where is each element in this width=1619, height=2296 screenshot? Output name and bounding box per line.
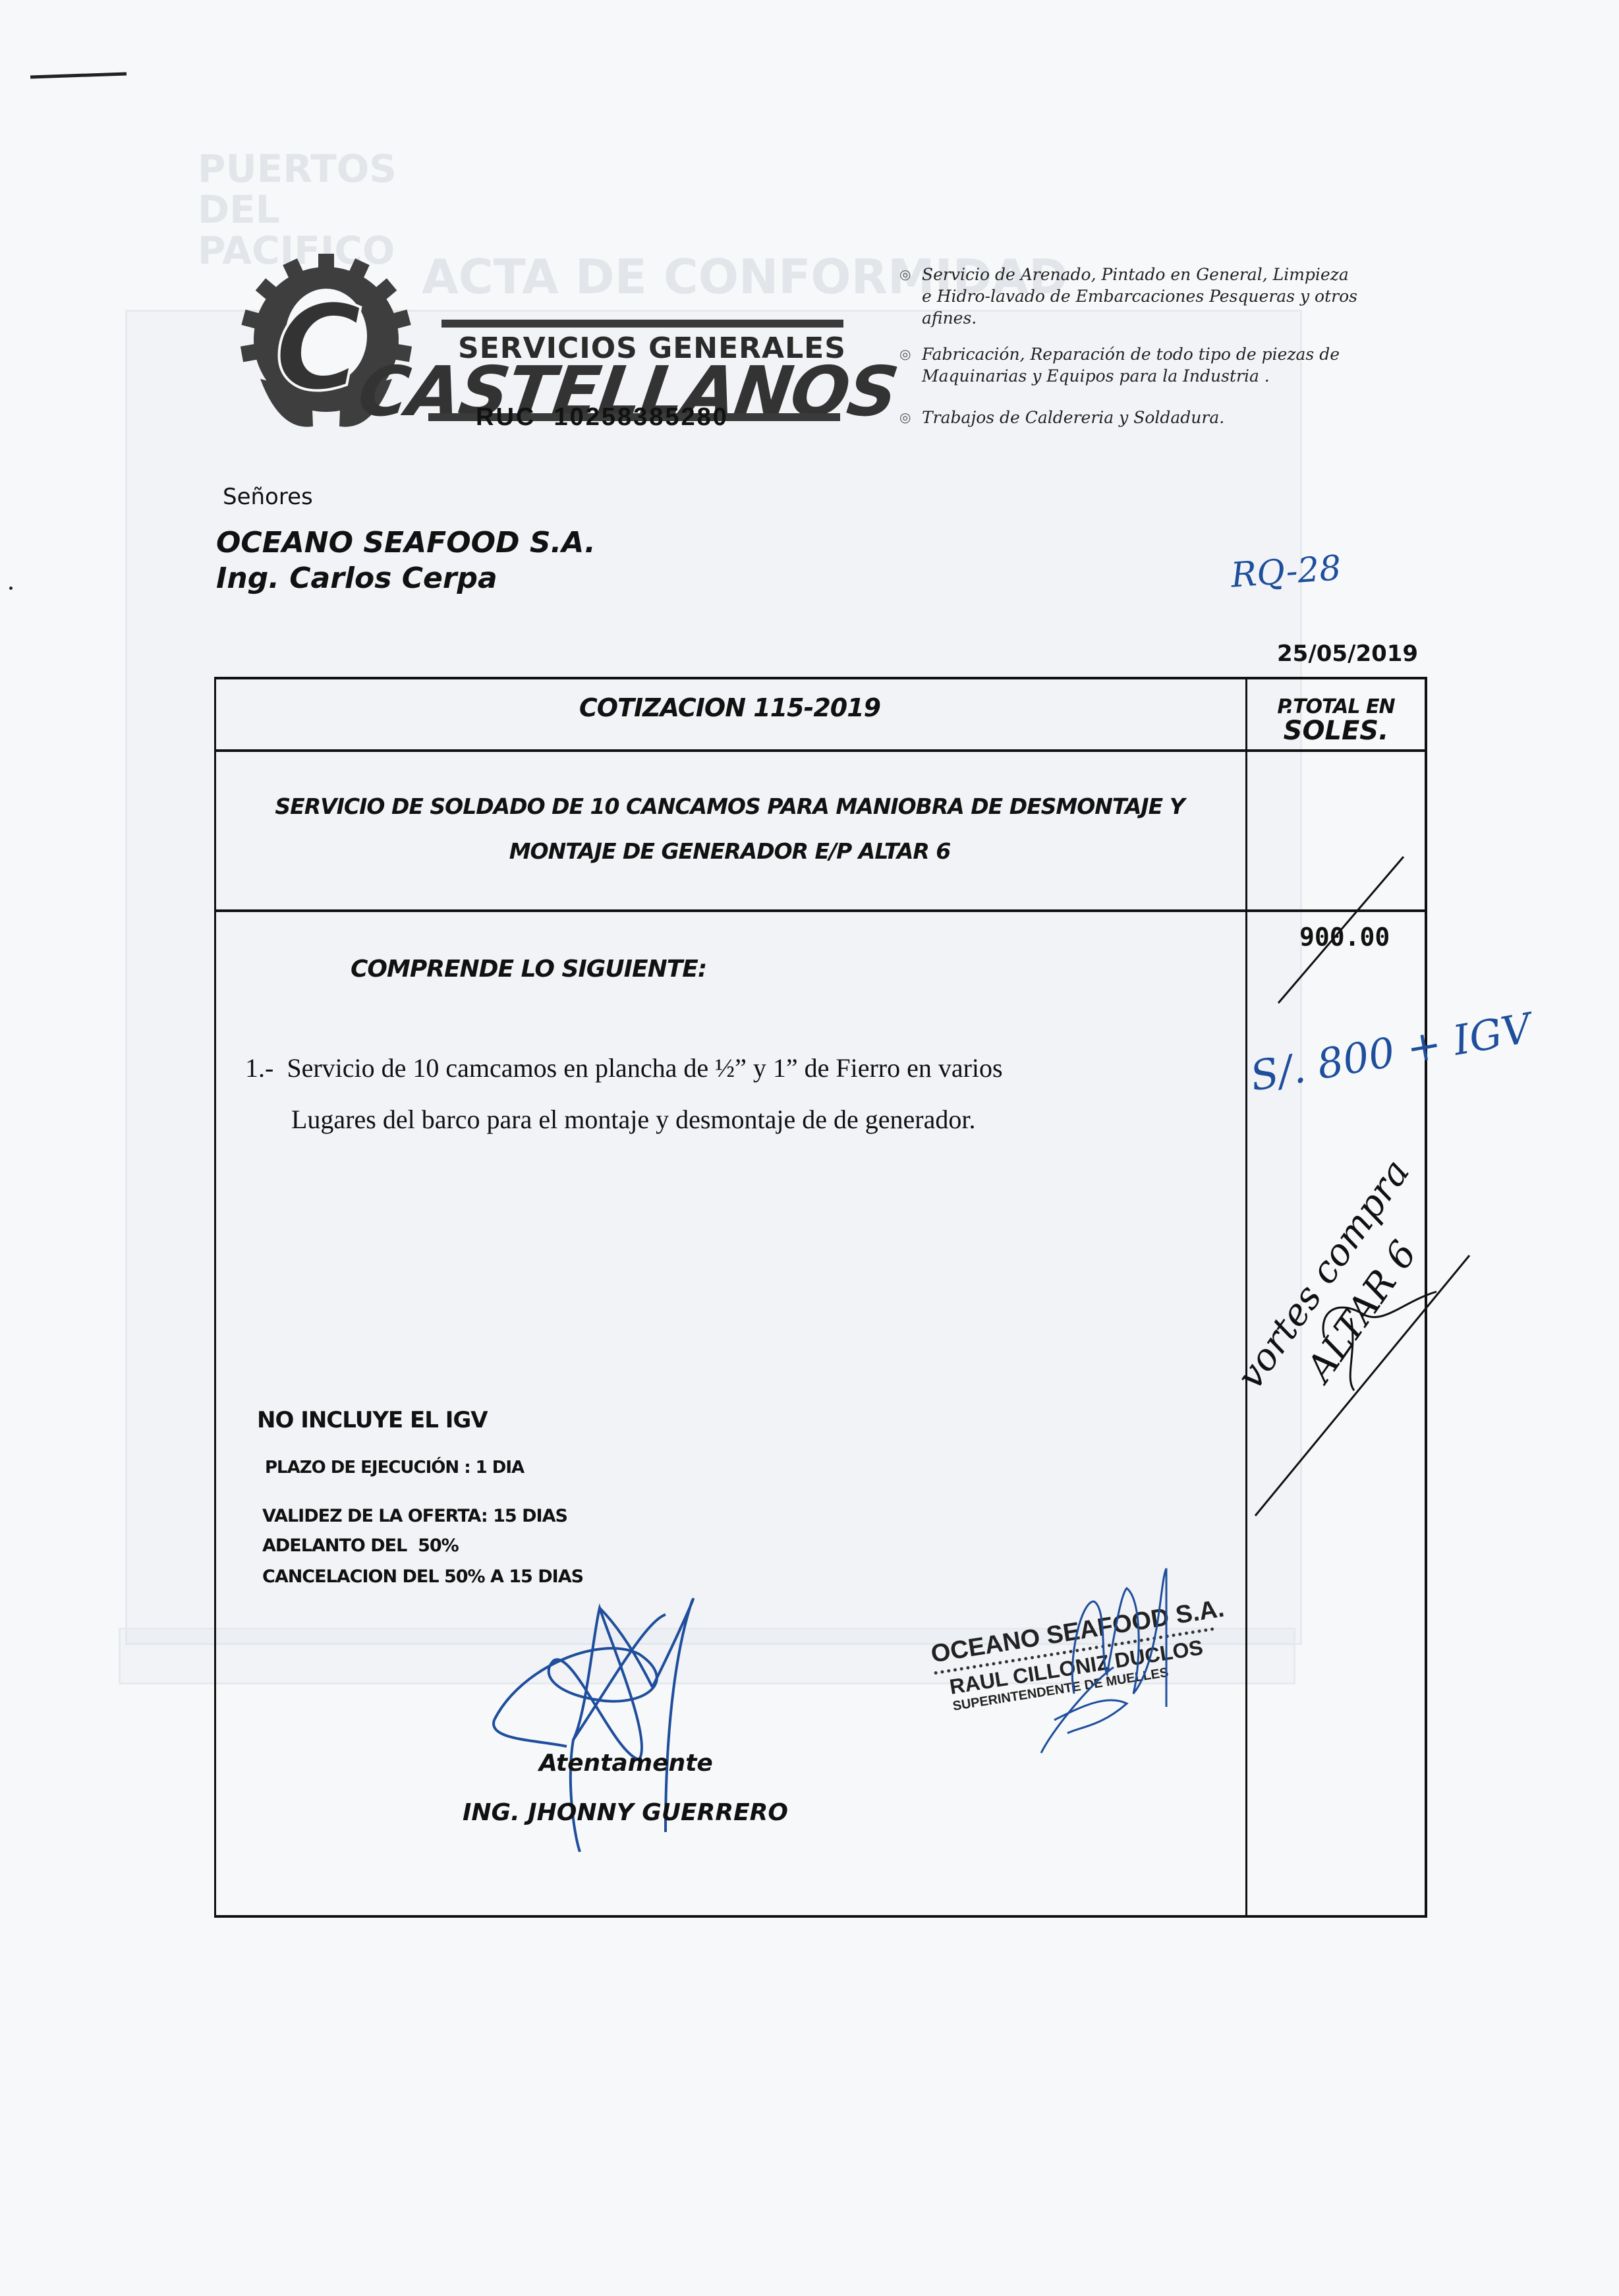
quote-date: 25/05/2019 <box>1277 641 1418 667</box>
terms-plazo: PLAZO DE EJECUCIÓN : 1 DIA <box>265 1458 524 1478</box>
svg-text:C: C <box>275 279 362 417</box>
table-column-divider <box>1245 677 1247 1918</box>
line-item-text-2: Lugares del barco para el montaje y desm… <box>245 1094 1003 1145</box>
total-price: 900.00 <box>1299 923 1390 952</box>
quote-title: COTIZACION 115-2019 <box>214 693 1245 722</box>
logo-bar-top <box>441 320 843 328</box>
signer-name: ING. JHONNY GUERRERO <box>463 1799 788 1826</box>
recipient-company: OCEANO SEAFOOD S.A. <box>216 526 596 560</box>
company-ruc: RUC 10258385280 <box>476 403 729 432</box>
service-item: Fabricación, Reparación de todo tipo de … <box>899 343 1361 387</box>
signature-client <box>1028 1562 1199 1760</box>
table-right-border <box>1425 677 1427 1918</box>
line-item-number: 1.- <box>245 1053 273 1083</box>
terms-igv: NO INCLUYE EL IGV <box>257 1407 488 1433</box>
table-top-border <box>214 677 1427 679</box>
services-list: Servicio de Arenado, Pintado en General,… <box>899 264 1361 443</box>
salutation: Señores <box>223 484 313 510</box>
scan-mark <box>30 72 127 78</box>
terms-validez: VALIDEZ DE LA OFERTA: 15 DIAS <box>262 1506 567 1526</box>
watermark-brand: PUERTOS DEL PACIFICO <box>198 148 435 271</box>
line-item-text-1: Servicio de 10 camcamos en plancha de ½”… <box>287 1053 1002 1083</box>
scan-dot <box>9 587 13 590</box>
table-header-divider <box>214 749 1427 752</box>
handwritten-reference: RQ-28 <box>1230 548 1342 596</box>
includes-heading: COMPRENDE LO SIGUIENTE: <box>351 956 706 983</box>
service-item: Trabajos de Caldereria y Soldadura. <box>899 407 1361 428</box>
service-title: SERVICIO DE SOLDADO DE 10 CANCAMOS PARA … <box>214 784 1245 874</box>
service-item: Servicio de Arenado, Pintado en General,… <box>899 264 1361 329</box>
price-column-header: P.TOTAL EN SOLES. <box>1247 695 1425 743</box>
line-item: 1.- Servicio de 10 camcamos en plancha d… <box>245 1043 1003 1145</box>
table-bottom-border <box>214 1915 1427 1918</box>
terms-adelanto: ADELANTO DEL 50% <box>262 1535 459 1556</box>
table-section-divider <box>214 909 1427 912</box>
recipient-contact: Ing. Carlos Cerpa <box>216 561 497 595</box>
closing: Atentamente <box>539 1750 713 1777</box>
